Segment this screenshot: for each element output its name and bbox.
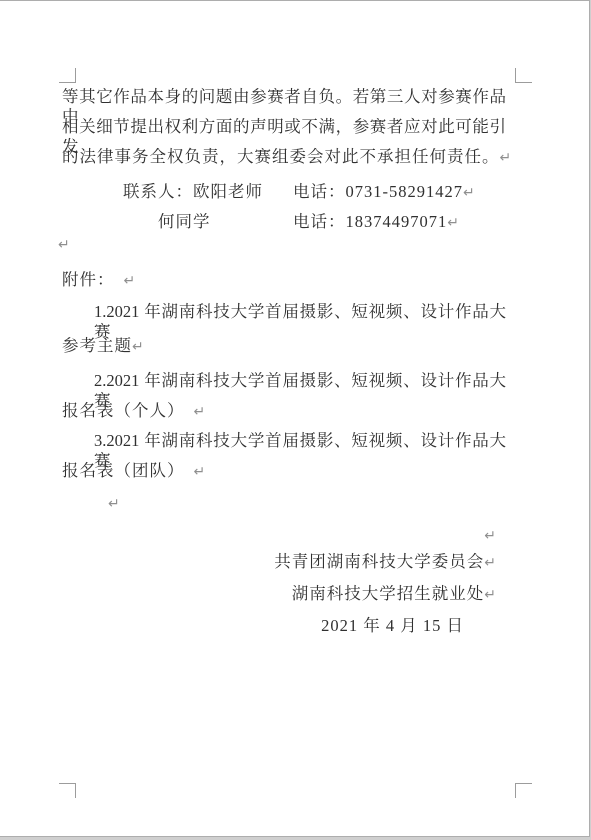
liability-paragraph-line-2: 相关细节提出权利方面的声明或不满，参赛者应对此可能引发 xyxy=(62,117,506,137)
signature-org-1-text: 共青团湖南科技大学委员会 xyxy=(274,552,484,571)
paragraph-mark-icon: ↵ xyxy=(447,215,459,231)
margin-cropmark-top-left-icon xyxy=(59,68,76,83)
attachments-heading: 附件：↵ xyxy=(62,270,135,290)
empty-paragraph: ↵ xyxy=(484,525,496,545)
paragraph-mark-icon: ↵ xyxy=(194,464,206,480)
margin-cropmark-bottom-right-icon xyxy=(515,783,532,798)
liability-paragraph-line-3-text: 的法律事务全权负责，大赛组委会对此不承担任何责任。 xyxy=(62,147,500,166)
signature-org-1: 共青团湖南科技大学委员会↵ xyxy=(274,552,496,572)
attachment-item-3-line-2-text: 报名表（团队） xyxy=(62,461,185,480)
paragraph-mark-icon: ↵ xyxy=(484,555,496,571)
contact-phone-1-text: 电话：0731-58291427 xyxy=(293,182,463,201)
contact-phone-1: 电话：0731-58291427↵ xyxy=(293,182,475,202)
liability-paragraph-line-3: 的法律事务全权负责，大赛组委会对此不承担任何责任。↵ xyxy=(62,147,511,167)
attachment-item-2-line-2-text: 报名表（个人） xyxy=(62,401,185,420)
attachment-item-2-line-1: 2.2021 年湖南科技大学首届摄影、短视频、设计作品大赛 xyxy=(94,371,506,391)
attachment-item-3-line-1: 3.2021 年湖南科技大学首届摄影、短视频、设计作品大赛 xyxy=(94,431,506,451)
attachment-item-1-line-2: 参考主题↵ xyxy=(62,336,144,356)
paragraph-mark-icon: ↵ xyxy=(463,185,475,201)
margin-cropmark-top-right-icon xyxy=(515,68,532,83)
paragraph-mark-icon: ↵ xyxy=(500,150,512,166)
paragraph-mark-icon: ↵ xyxy=(58,237,70,253)
paragraph-mark-icon: ↵ xyxy=(484,528,496,544)
liability-paragraph-line-1: 等其它作品本身的问题由参赛者自负。若第三人对参赛作品中 xyxy=(62,87,506,107)
attachment-item-3-line-2: 报名表（团队）↵ xyxy=(62,461,205,481)
paragraph-mark-icon: ↵ xyxy=(194,404,206,420)
paragraph-mark-icon: ↵ xyxy=(108,496,120,512)
contact-phone-2-text: 电话：18374497071 xyxy=(293,212,447,231)
contact-person-1: 联系人：欧阳老师 xyxy=(123,182,263,202)
signature-org-2: 湖南科技大学招生就业处↵ xyxy=(292,584,496,604)
paragraph-mark-icon: ↵ xyxy=(132,339,144,355)
attachment-item-1-line-1: 1.2021 年湖南科技大学首届摄影、短视频、设计作品大赛 xyxy=(94,302,506,322)
signature-date: 2021 年 4 月 15 日 xyxy=(321,616,464,636)
empty-paragraph: ↵ xyxy=(58,234,70,254)
signature-org-2-text: 湖南科技大学招生就业处 xyxy=(292,584,485,603)
document-page: 等其它作品本身的问题由参赛者自负。若第三人对参赛作品中 相关细节提出权利方面的声… xyxy=(0,0,590,837)
paragraph-mark-icon: ↵ xyxy=(124,273,136,289)
contact-person-2: 何同学 xyxy=(158,212,211,232)
attachment-item-1-line-2-text: 参考主题 xyxy=(62,336,132,355)
attachment-item-2-line-2: 报名表（个人）↵ xyxy=(62,401,205,421)
margin-cropmark-bottom-left-icon xyxy=(59,783,76,798)
empty-paragraph: ↵ xyxy=(108,493,120,513)
attachments-heading-text: 附件： xyxy=(62,270,115,289)
contact-phone-2: 电话：18374497071↵ xyxy=(293,212,459,232)
paragraph-mark-icon: ↵ xyxy=(484,587,496,603)
